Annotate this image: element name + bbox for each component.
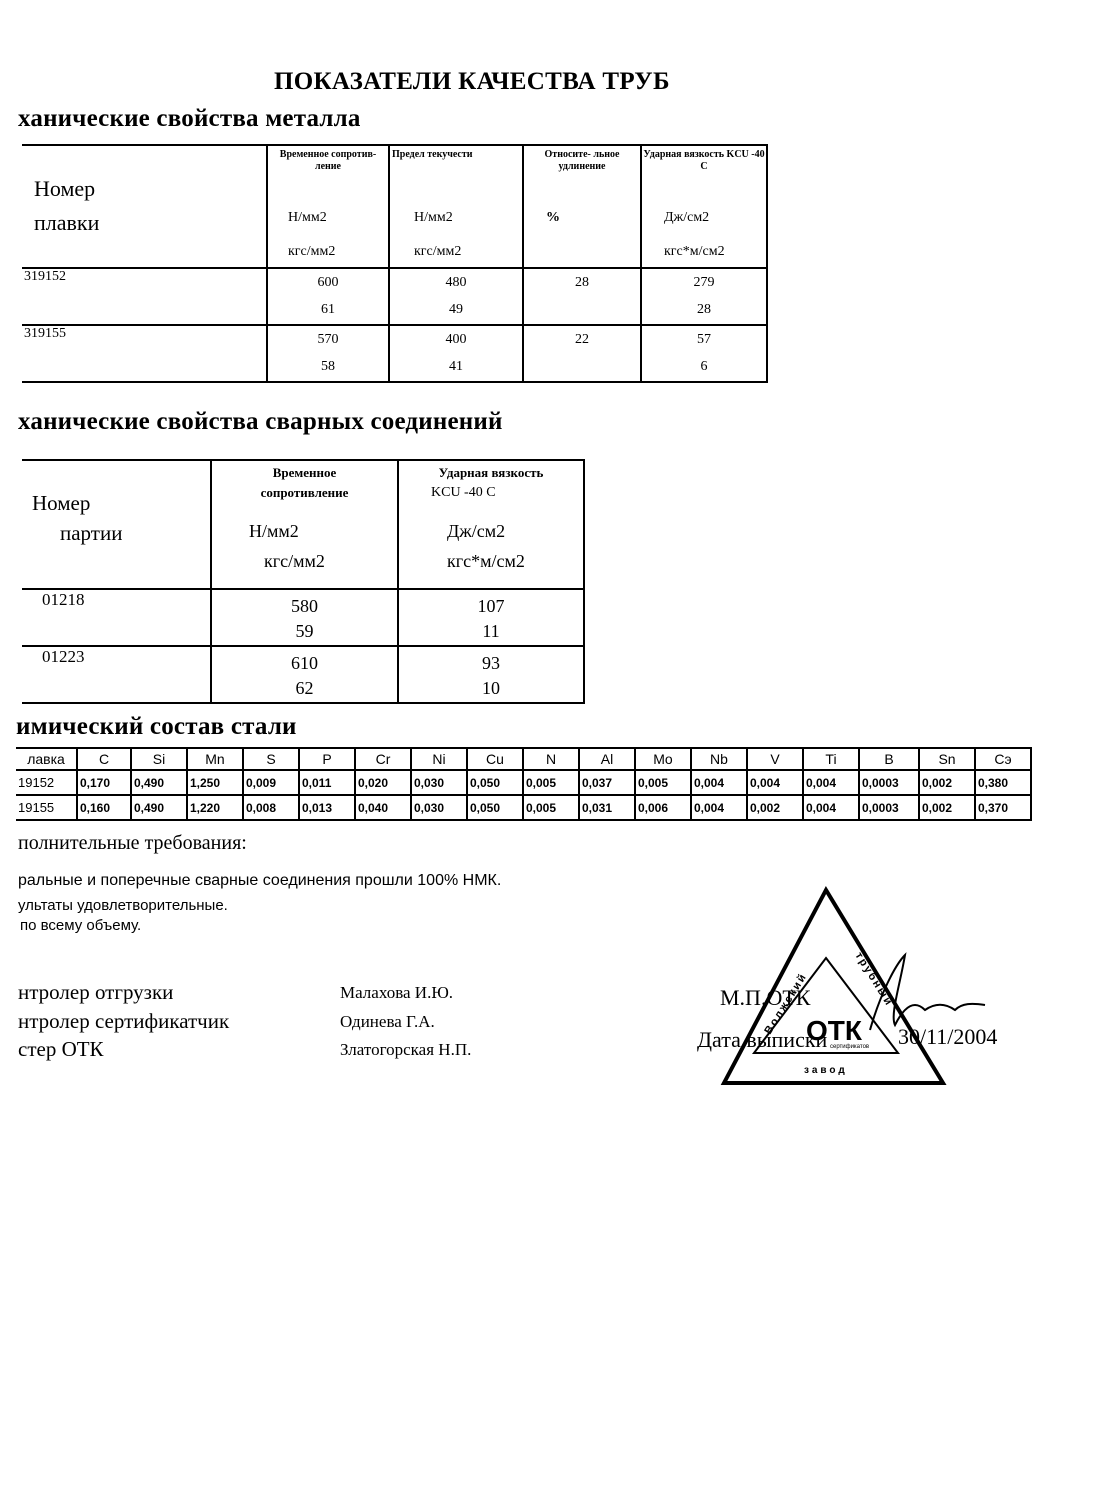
chem-column-header: Cэ	[975, 748, 1031, 770]
chem-column-header: V	[747, 748, 803, 770]
tensile-cell: 60061	[267, 268, 389, 325]
chem-column-header: Mn	[187, 748, 243, 770]
value: 22	[524, 326, 640, 353]
impact-cell: 576	[641, 325, 767, 382]
chem-value: 0,490	[131, 770, 187, 795]
unit-label: кгс*м/см2	[664, 244, 725, 260]
chem-value: 0,004	[803, 770, 859, 795]
chem-column-header: Mo	[635, 748, 691, 770]
unit-label: Н/мм2	[414, 210, 453, 226]
chem-column-header: Ti	[803, 748, 859, 770]
chem-value: 0,170	[77, 770, 131, 795]
chem-value: 0,030	[411, 795, 467, 820]
chem-value: 0,490	[131, 795, 187, 820]
table-row: 319155 57058 40041 22 576	[22, 325, 767, 382]
chem-column-header: Si	[131, 748, 187, 770]
header-yield: Предел текучести Н/мм2 кгс/мм2	[389, 145, 523, 268]
heat-number: 19155	[16, 795, 77, 820]
signature-name: Одинева Г.А.	[340, 1012, 435, 1032]
weld-properties-table: Номер партии Временное сопротивление Н/м…	[22, 459, 585, 704]
chem-value: 0,009	[243, 770, 299, 795]
value: 28	[524, 269, 640, 296]
chem-value: 0,005	[635, 770, 691, 795]
chem-value: 0,005	[523, 770, 579, 795]
stamp-mp-label: М.П.ОТК	[720, 985, 810, 1011]
unit-label: кгс/мм2	[414, 244, 461, 260]
header-tensile: Временное сопротив- ление Н/мм2 кгс/мм2	[267, 145, 389, 268]
chem-value: 1,220	[187, 795, 243, 820]
value: 61	[268, 296, 388, 323]
chem-value: 0,005	[523, 795, 579, 820]
table-row: 191520,1700,4901,2500,0090,0110,0200,030…	[16, 770, 1031, 795]
chem-column-header: Al	[579, 748, 635, 770]
unit-label: Н/мм2	[288, 210, 327, 226]
unit-label: кгс/мм2	[288, 244, 335, 260]
value: 57	[642, 326, 766, 353]
unit-label: %	[546, 210, 560, 226]
chem-value: 0,030	[411, 770, 467, 795]
chem-value: 0,006	[635, 795, 691, 820]
table-header-row: Номер плавки Временное сопротив- ление Н…	[22, 145, 767, 268]
value: 610	[212, 651, 397, 676]
table-row: 01223 61062 9310	[22, 646, 584, 703]
value: 480	[390, 269, 522, 296]
value: 10	[399, 676, 583, 701]
chem-column-header: Nb	[691, 748, 747, 770]
header-label: Временное сопротив- ление	[268, 146, 388, 173]
chem-column-header: S	[243, 748, 299, 770]
metal-section-heading: ханические свойства металла	[18, 105, 361, 133]
chem-value: 0,031	[579, 795, 635, 820]
elongation-cell: 28	[523, 268, 641, 325]
table-header-row: Номер партии Временное сопротивление Н/м…	[22, 460, 584, 589]
chem-column-header: C	[77, 748, 131, 770]
header-label: Предел текучести	[390, 146, 522, 161]
impact-cell: 27928	[641, 268, 767, 325]
chem-column-header: Sn	[919, 748, 975, 770]
header-tensile: Временное сопротивление Н/мм2 кгс/мм2	[211, 460, 398, 589]
value: 28	[642, 296, 766, 323]
chem-value: 0,020	[355, 770, 411, 795]
chem-value: 1,250	[187, 770, 243, 795]
weld-section-heading: ханические свойства сварных соединений	[18, 408, 503, 436]
lot-number: 01218	[22, 589, 211, 646]
chem-value: 0,050	[467, 795, 523, 820]
chem-value: 0,380	[975, 770, 1031, 795]
signature-role: стер ОТК	[18, 1037, 104, 1062]
yield-cell: 48049	[389, 268, 523, 325]
chem-value: 0,004	[747, 770, 803, 795]
chem-section-heading: имический состав стали	[16, 713, 297, 741]
chem-column-header: лавка	[16, 748, 77, 770]
impact-cell: 9310	[398, 646, 584, 703]
chem-value: 0,004	[691, 795, 747, 820]
chem-value: 0,370	[975, 795, 1031, 820]
stamp-small-text: сертификатов	[830, 1044, 869, 1050]
chem-column-header: Ni	[411, 748, 467, 770]
heat-number: 319152	[22, 268, 267, 325]
heat-number: 19152	[16, 770, 77, 795]
unit-label: кгс*м/см2	[447, 551, 525, 572]
header-elongation: Относите- льное удлинение %	[523, 145, 641, 268]
signature-name: Златогорская Н.П.	[340, 1040, 471, 1060]
signature-role: нтролер отгрузки	[18, 980, 173, 1005]
chem-value: 0,002	[919, 770, 975, 795]
table-row: 319152 60061 48049 28 27928	[22, 268, 767, 325]
header-label: KCU -40 C	[399, 483, 583, 503]
chem-value: 0,002	[919, 795, 975, 820]
lot-number: 01223	[22, 646, 211, 703]
stamp-bottom-text: завод	[804, 1065, 848, 1076]
chem-column-header: Cr	[355, 748, 411, 770]
value: 570	[268, 326, 388, 353]
chem-value: 0,037	[579, 770, 635, 795]
chem-value: 0,011	[299, 770, 355, 795]
chem-column-header: P	[299, 748, 355, 770]
heat-number: 319155	[22, 325, 267, 382]
chem-value: 0,0003	[859, 795, 919, 820]
requirements-heading: полнительные требования:	[18, 832, 247, 855]
tensile-cell: 58059	[211, 589, 398, 646]
header-label: партии	[60, 521, 122, 546]
table-row: 191550,1600,4901,2200,0080,0130,0400,030…	[16, 795, 1031, 820]
header-label: Ударная вязкость KCU -40 C	[642, 146, 766, 173]
header-impact: Ударная вязкость KCU -40 C Дж/см2 кгс*м/…	[641, 145, 767, 268]
unit-label: кгс/мм2	[264, 551, 325, 572]
requirement-line: ультаты удовлетворительные.	[18, 897, 228, 914]
signature-role: нтролер сертификатчик	[18, 1009, 229, 1034]
header-lot-number: Номер партии	[22, 460, 211, 589]
unit-label: Дж/см2	[447, 521, 505, 542]
value: 62	[212, 676, 397, 701]
issue-date-value: 30/11/2004	[898, 1024, 997, 1050]
signature-name: Малахова И.Ю.	[340, 983, 453, 1003]
header-heat-number: Номер плавки	[22, 145, 267, 268]
value: 11	[399, 619, 583, 644]
unit-label: Н/мм2	[249, 521, 299, 542]
chem-column-header: B	[859, 748, 919, 770]
chem-value: 0,160	[77, 795, 131, 820]
chem-value: 0,013	[299, 795, 355, 820]
value: 93	[399, 651, 583, 676]
header-label: Ударная вязкость	[399, 463, 583, 483]
issue-date-label: Дата выписки	[697, 1027, 827, 1053]
value: 107	[399, 594, 583, 619]
document-title: ПОКАЗАТЕЛИ КАЧЕСТВА ТРУБ	[274, 68, 670, 96]
impact-cell: 10711	[398, 589, 584, 646]
chemical-composition-table: лавкаCSiMnSPCrNiCuNAlMoNbVTiBSnCэ 191520…	[16, 747, 1032, 821]
yield-cell: 40041	[389, 325, 523, 382]
value: 400	[390, 326, 522, 353]
value: 58	[268, 353, 388, 380]
table-row: 01218 58059 10711	[22, 589, 584, 646]
chem-value: 0,004	[803, 795, 859, 820]
chem-column-header: N	[523, 748, 579, 770]
header-label: Номер	[32, 491, 90, 516]
tensile-cell: 57058	[267, 325, 389, 382]
table-header-row: лавкаCSiMnSPCrNiCuNAlMoNbVTiBSnCэ	[16, 748, 1031, 770]
chem-value: 0,0003	[859, 770, 919, 795]
metal-properties-table: Номер плавки Временное сопротив- ление Н…	[22, 144, 768, 383]
value: 600	[268, 269, 388, 296]
header-label: Временное	[212, 463, 397, 483]
requirement-line: по всему объему.	[20, 917, 141, 934]
header-label: Номер	[34, 176, 95, 202]
chem-value: 0,040	[355, 795, 411, 820]
value: 59	[212, 619, 397, 644]
value: 580	[212, 594, 397, 619]
chem-value: 0,004	[691, 770, 747, 795]
chem-column-header: Cu	[467, 748, 523, 770]
chem-value: 0,050	[467, 770, 523, 795]
tensile-cell: 61062	[211, 646, 398, 703]
header-label: Относите- льное удлинение	[524, 146, 640, 173]
value: 41	[390, 353, 522, 380]
unit-label: Дж/см2	[664, 210, 709, 226]
header-label: плавки	[34, 210, 99, 236]
value: 6	[642, 353, 766, 380]
header-label: сопротивление	[212, 483, 397, 503]
requirement-line: ральные и поперечные сварные соединения …	[18, 872, 501, 890]
value: 279	[642, 269, 766, 296]
header-impact: Ударная вязкость KCU -40 C Дж/см2 кгс*м/…	[398, 460, 584, 589]
value: 49	[390, 296, 522, 323]
chem-value: 0,002	[747, 795, 803, 820]
chem-value: 0,008	[243, 795, 299, 820]
elongation-cell: 22	[523, 325, 641, 382]
